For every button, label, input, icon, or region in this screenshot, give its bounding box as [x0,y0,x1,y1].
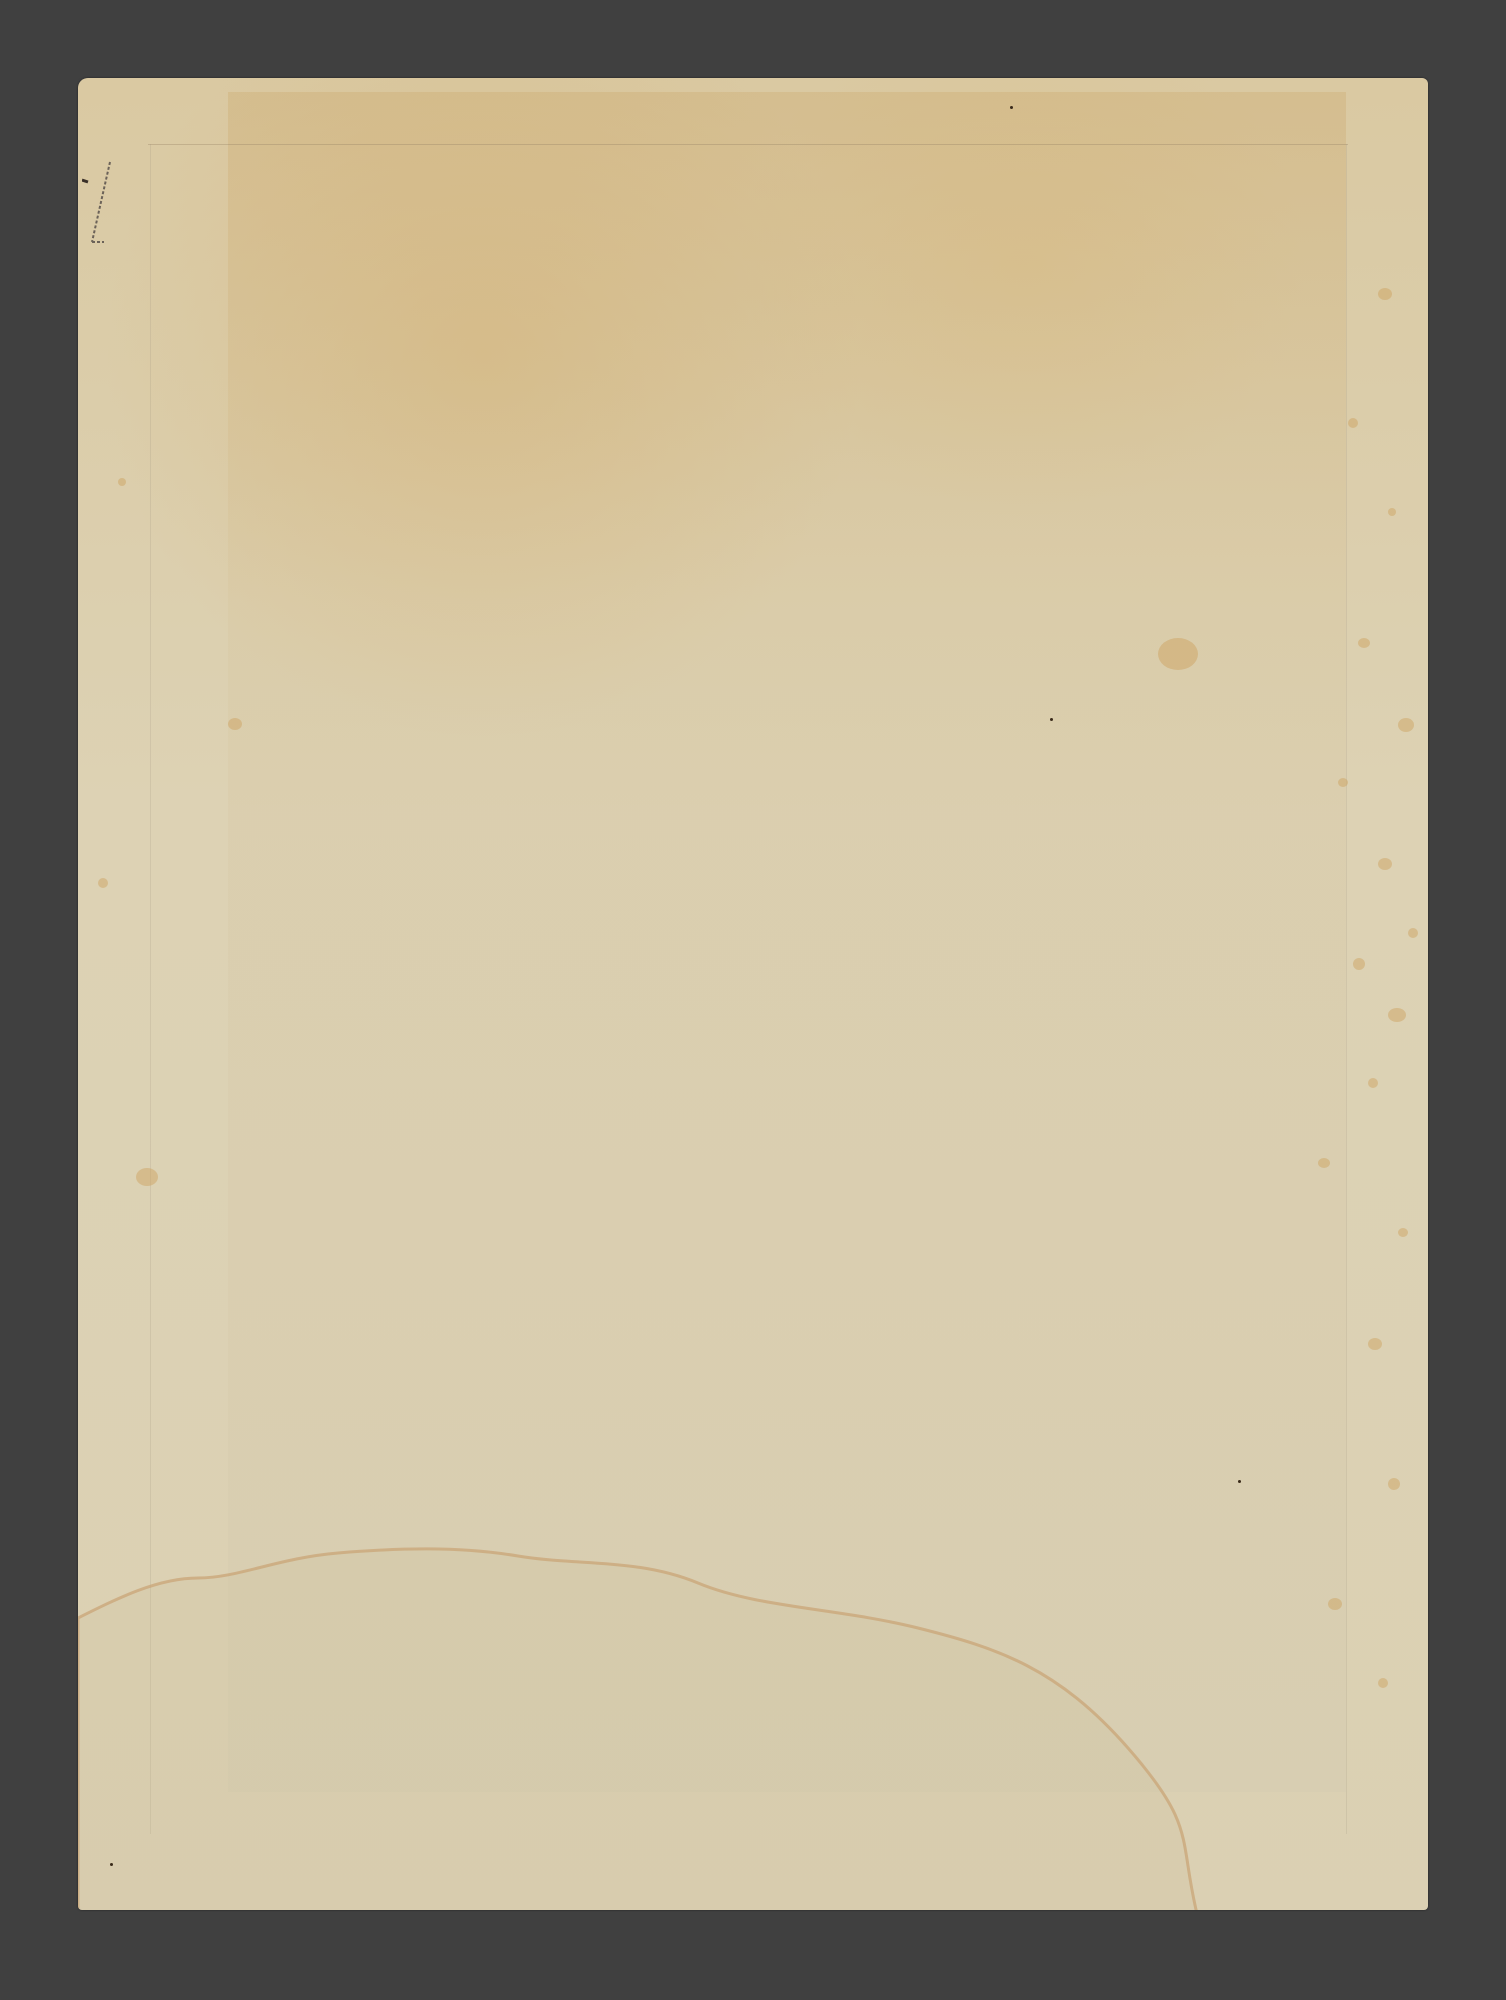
foxing-spot [1378,858,1392,870]
foxing-spot [1388,1478,1400,1490]
foxing-spot [1158,638,1198,670]
foxing-spot [1378,288,1392,300]
pencil-mark-icon [82,158,122,248]
foxing-spot [1398,1228,1408,1237]
foxing-spot [136,1168,158,1186]
foxing-spot [1378,1678,1388,1688]
foxing-spot [118,478,126,486]
foxing-spot [1328,1598,1342,1610]
foxing-spot [1408,928,1418,938]
foxing-spot [1388,508,1396,516]
speck [1050,718,1053,721]
paper-sheet [78,78,1428,1910]
speck [1238,1480,1241,1483]
foxing-spot [1368,1078,1378,1088]
foxing-spot [1348,418,1358,428]
foxing-spot [1353,958,1365,970]
foxing-spot [1368,1338,1382,1350]
foxing-spot [1388,1008,1406,1022]
foxing-spot [1398,718,1414,732]
speck [1010,106,1013,109]
foxing-spot [1358,638,1370,648]
speck [110,1863,113,1866]
foxing-spot [1338,778,1348,787]
foxing-spot [1318,1158,1330,1168]
plate-mark-line [148,144,1348,145]
foxing-spot [228,718,242,730]
tide-line-stain [78,1498,1428,1910]
foxing-spot [98,878,108,888]
